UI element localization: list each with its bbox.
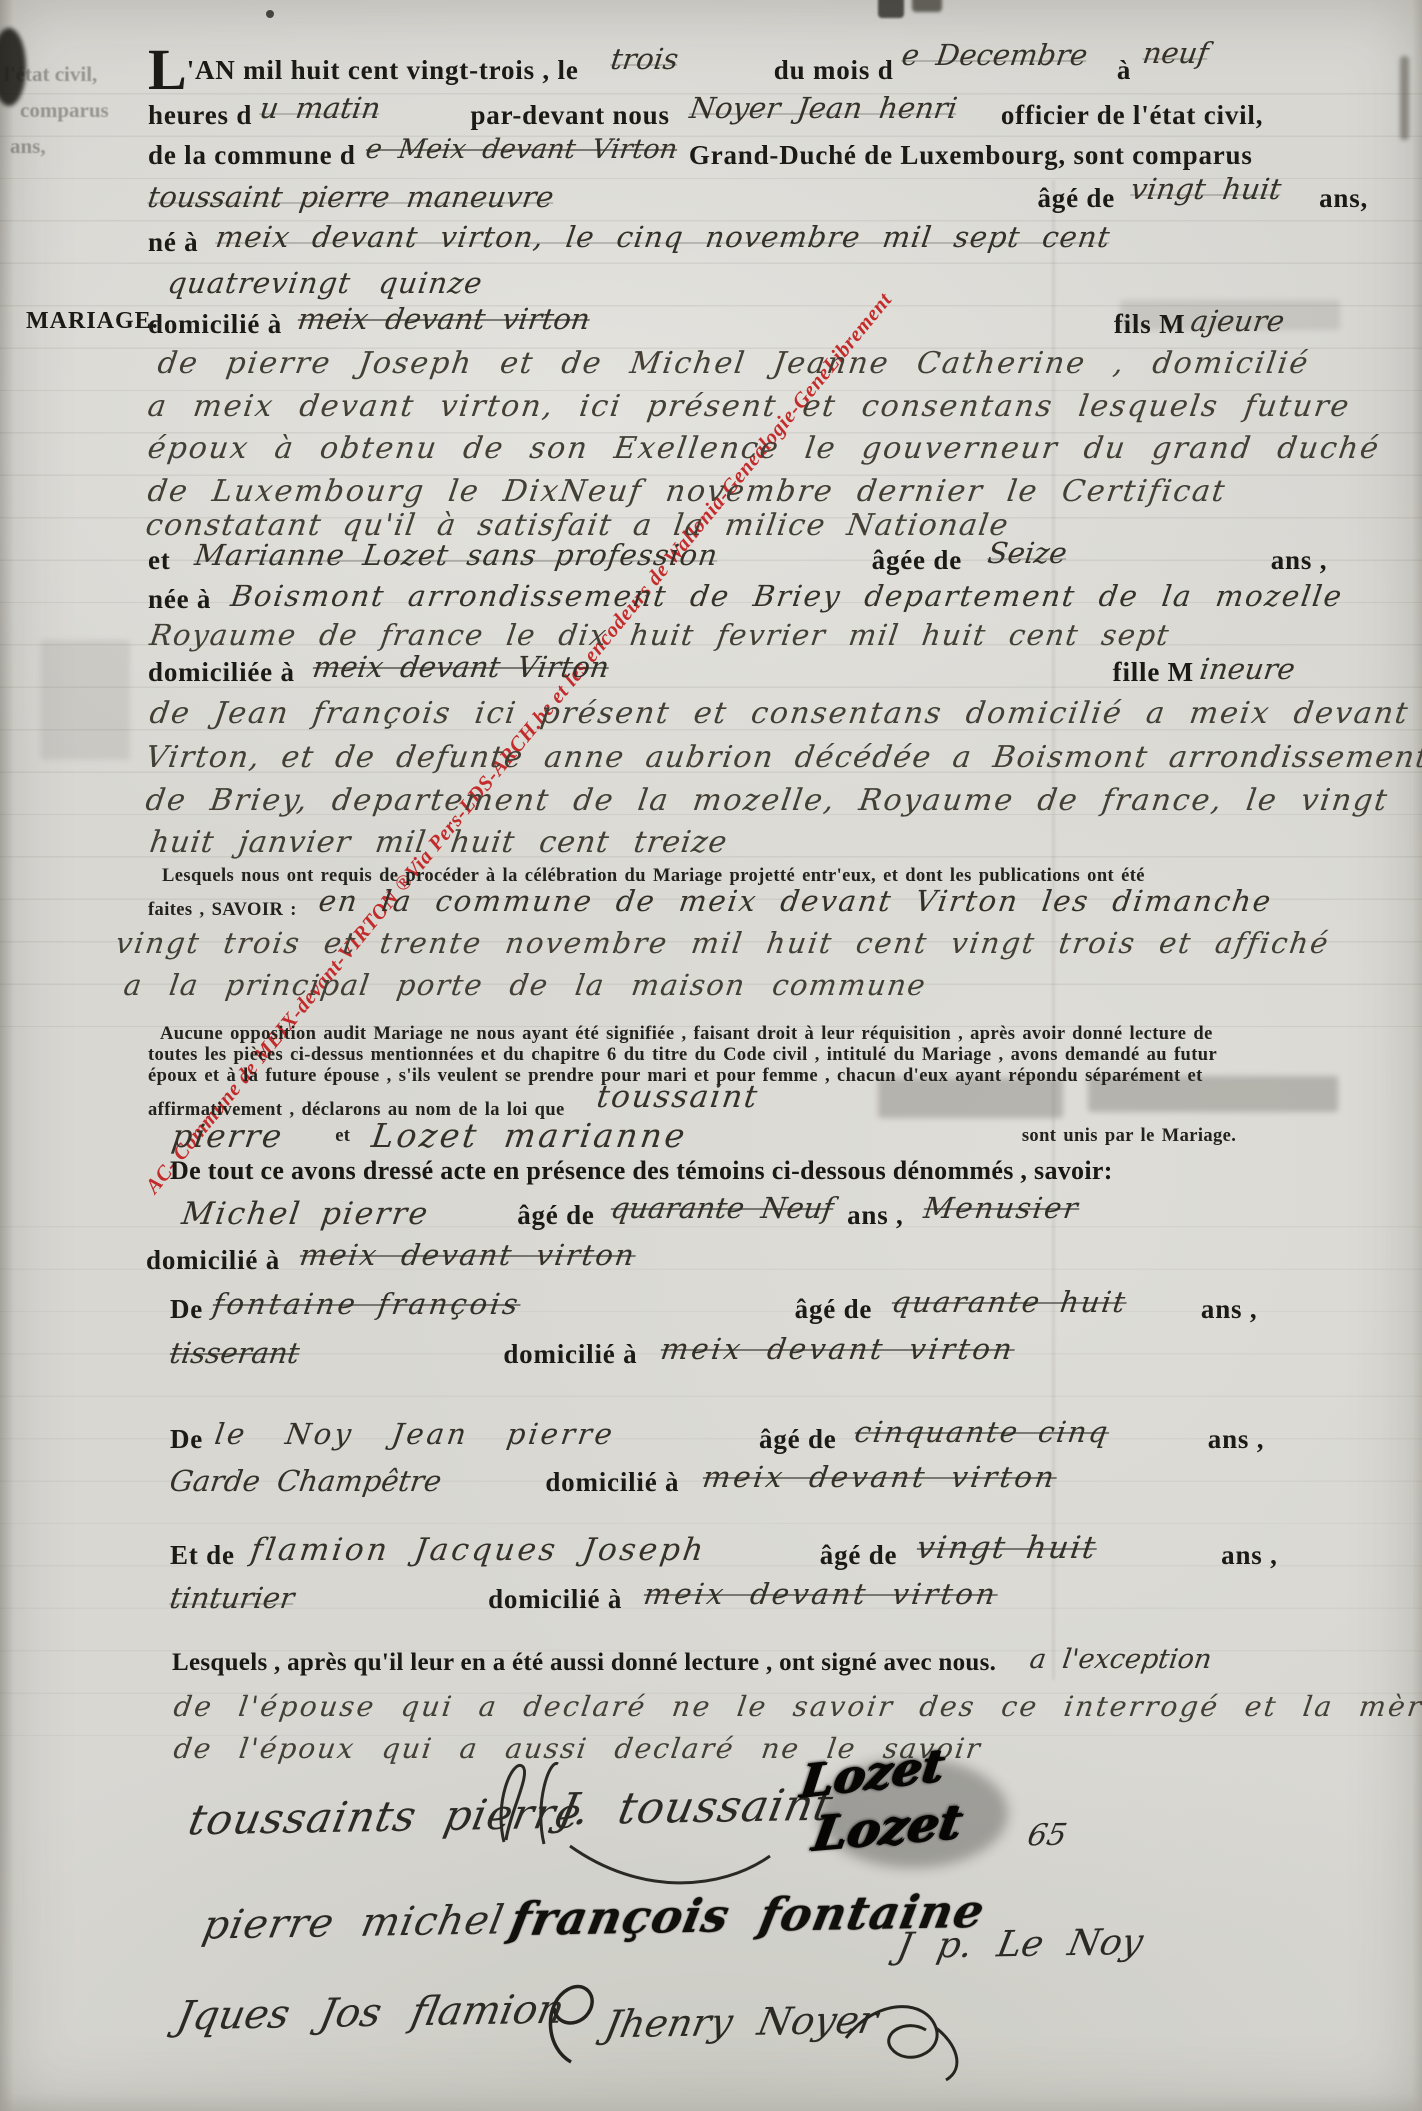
- act-line: domicilié à meix devant virton fils M aj…: [148, 306, 1285, 340]
- handwritten-text: meix devant virton: [659, 1332, 1018, 1366]
- edge-mark: [912, 0, 942, 12]
- handwritten-text: meix devant virton: [296, 302, 593, 336]
- edge-streak: [1400, 56, 1409, 140]
- printed-text: âgé de: [759, 1424, 837, 1454]
- handwritten-text: Seize: [986, 536, 1070, 570]
- handwritten-text: e Decembre: [899, 38, 1089, 72]
- printed-text: à: [1117, 55, 1131, 85]
- act-line: de l'épouse qui a declaré ne le savoir d…: [174, 1690, 1422, 1723]
- handwritten-text: ineure: [1198, 652, 1298, 686]
- handwritten-text: de Luxembourg le DixNeuf novembre dernie…: [146, 474, 1229, 509]
- handwritten-text: époux à obtenu de son Exellence le gouve…: [146, 431, 1383, 466]
- handwritten-text: Royaume de france le dix huit fevrier mi…: [148, 618, 1173, 652]
- handwritten-text: tisserant: [168, 1336, 302, 1370]
- printed-text: Grand-Duché de Luxembourg, sont comparus: [689, 140, 1253, 170]
- act-line: de Briey, departement de la mozelle, Roy…: [146, 783, 1389, 818]
- handwritten-text: flamion Jacques Joseph: [248, 1532, 708, 1568]
- flourish-icon: [560, 1836, 780, 1896]
- handwritten-text: pierre: [169, 1117, 286, 1155]
- printed-text: Aucune opposition audit Mariage ne nous …: [160, 1024, 1213, 1044]
- act-line: de Jean françois ici présent et consenta…: [150, 696, 1409, 731]
- printed-text: ans ,: [847, 1200, 904, 1230]
- handwritten-text: meix devant virton, le cinq novembre mil…: [214, 220, 1113, 254]
- act-line: Virton, et de defunte anne aubrion décéd…: [146, 740, 1422, 775]
- edge-mark: [878, 0, 904, 18]
- act-line: domiciliée à meix devant Virton fille M …: [148, 654, 1295, 688]
- handwritten-text: en la commune de meix devant Virton les …: [316, 884, 1274, 918]
- handwritten-text: quarante Neuf: [608, 1191, 835, 1225]
- handwritten-text: a la principal porte de la maison commun…: [122, 968, 929, 1002]
- act-line: toussaint pierre maneuvre âgé de vingt h…: [148, 180, 1368, 214]
- handwritten-text: ajeure: [1189, 304, 1287, 338]
- handwritten-text: cinquante cinq: [852, 1415, 1111, 1449]
- signature-pierre-michel: pierre michel: [199, 1897, 508, 1948]
- handwritten-text: Virton, et de defunte anne aubrion décéd…: [144, 740, 1422, 775]
- act-line: quatrevingt quinze: [168, 266, 483, 300]
- act-line: et Marianne Lozet sans profession âgée d…: [148, 542, 1327, 576]
- handwritten-text: meix devant virton: [701, 1460, 1060, 1494]
- witness-line: Michel pierre âgé de quarante Neuf ans ,…: [182, 1196, 1079, 1232]
- handwritten-text: toussaint pierre maneuvre: [146, 180, 556, 214]
- ink-speck: [266, 10, 274, 18]
- printed-text: âgée de: [872, 545, 962, 575]
- flourish-icon: [536, 1978, 606, 2068]
- handwritten-text: trois: [608, 42, 680, 76]
- printed-text: ans ,: [1208, 1424, 1265, 1454]
- document-page: l'état civil, comparus ans, AC- Commune …: [0, 0, 1422, 2111]
- act-line: né à meix devant virton, le cinq novembr…: [148, 224, 1111, 258]
- handwritten-text: meix devant virton: [642, 1577, 1001, 1611]
- printed-text: né à: [148, 227, 198, 257]
- act-line: pierre et Lozet marianne sont unis par l…: [172, 1116, 1236, 1155]
- printed-text: heures d: [148, 100, 252, 130]
- handwritten-text: a meix devant virton, ici présent et con…: [146, 389, 1353, 424]
- handwritten-text: meix devant Virton: [310, 650, 611, 684]
- printed-text: faites , SAVOIR :: [148, 900, 297, 920]
- handwritten-text: le Noy Jean pierre: [213, 1417, 618, 1451]
- printed-text: et: [335, 1126, 350, 1146]
- handwritten-text: tinturier: [168, 1581, 297, 1615]
- printed-text: domicilié à: [503, 1339, 637, 1369]
- printed-text: fils M: [1114, 309, 1186, 339]
- act-line: faites , SAVOIR : en la commune de meix …: [148, 888, 1272, 922]
- ghost-text: comparus: [20, 98, 136, 123]
- act-line: a meix devant virton, ici présent et con…: [148, 389, 1350, 424]
- handwritten-text: huit janvier mil huit cent treize: [148, 825, 730, 860]
- printed-text: domicilié à: [488, 1584, 622, 1614]
- printed-text: 'AN mil huit cent vingt-trois , le: [187, 55, 579, 85]
- handwritten-text: Menusier: [921, 1191, 1081, 1225]
- act-line: De tout ce avons dressé acte en présence…: [170, 1156, 1113, 1186]
- act-line: Royaume de france le dix huit fevrier mi…: [150, 618, 1170, 652]
- printed-text: domicilié à: [545, 1467, 679, 1497]
- handwritten-text: vingt huit: [915, 1530, 1100, 1566]
- handwritten-text: u matin: [258, 91, 383, 125]
- printed-text: Lesquels nous ont requis de procéder à l…: [162, 866, 1145, 886]
- printed-text: domicilié à: [148, 309, 282, 339]
- printed-text: toutes les pièces ci-dessus mentionnées …: [148, 1045, 1217, 1065]
- drop-cap: L: [148, 37, 187, 102]
- printed-text: De: [170, 1424, 203, 1454]
- act-line: toutes les pièces ci-dessus mentionnées …: [148, 1045, 1217, 1066]
- margin-label: MARIAGE.: [26, 308, 159, 334]
- printed-text: domiciliée à: [148, 657, 295, 687]
- printed-text: âgé de: [820, 1540, 898, 1570]
- handwritten-text: de Briey, departement de la mozelle, Roy…: [144, 783, 1391, 818]
- printed-text: et: [148, 545, 171, 575]
- printed-text: domicilié à: [146, 1245, 280, 1275]
- witness-line: Garde Champêtre domicilié à meix devant …: [170, 1464, 1057, 1498]
- handwritten-text: quatrevingt quinze: [166, 266, 485, 300]
- flourish-icon: [836, 1988, 976, 2088]
- printed-text: ans,: [1319, 183, 1368, 213]
- printed-text: Et de: [170, 1540, 235, 1570]
- handwritten-text: vingt trois et trente novembre mil huit …: [114, 926, 1332, 960]
- act-line: de Luxembourg le DixNeuf novembre dernie…: [148, 474, 1226, 509]
- signature-le-noy: J p. Le Noy: [894, 1922, 1147, 1967]
- printed-text: âgé de: [517, 1200, 595, 1230]
- act-line: née à Boismont arrondissement de Briey d…: [148, 581, 1343, 615]
- printed-text: fille M: [1113, 657, 1194, 687]
- witness-line: De fontaine françois âgé de quarante hui…: [170, 1291, 1257, 1325]
- handwritten-text: Boismont arrondissement de Briey departe…: [229, 579, 1346, 613]
- handwritten-text: de pierre Joseph et de Michel Jeanne Cat…: [156, 346, 1312, 381]
- act-line: Lesquels , après qu'il leur en a été aus…: [172, 1646, 1212, 1677]
- printed-text: par-devant nous: [470, 100, 669, 130]
- printed-text: âgé de: [1038, 183, 1116, 213]
- ghost-text: ans,: [10, 134, 90, 159]
- handwritten-text: Michel pierre: [179, 1196, 431, 1232]
- handwritten-text: de Jean françois ici présent et consenta…: [148, 696, 1412, 731]
- ink-blot-signature: Lozet Lozet: [798, 1748, 1033, 1888]
- handwritten-text: a l'exception: [1028, 1644, 1214, 1675]
- handwritten-text: de l'épouse qui a declaré ne le savoir d…: [172, 1690, 1422, 1723]
- act-line: heures d u matin par-devant nous Noyer J…: [148, 97, 1263, 131]
- signature-number: 65: [1025, 1818, 1070, 1854]
- ghost-text: l'état civil,: [4, 62, 136, 87]
- act-line: de la commune d e Meix devant Virton Gra…: [148, 140, 1253, 171]
- printed-text: ans ,: [1201, 1294, 1258, 1324]
- handwritten-text: e Meix devant Virton: [364, 134, 679, 165]
- handwritten-text: vingt huit: [1129, 172, 1284, 206]
- act-line: L'AN mil huit cent vingt-trois , le troi…: [148, 50, 1208, 90]
- act-line: vingt trois et trente novembre mil huit …: [116, 926, 1330, 960]
- handwritten-text: Noyer Jean henri: [687, 91, 959, 125]
- printed-text: ans ,: [1221, 1540, 1278, 1570]
- act-line: a la principal porte de la maison commun…: [124, 968, 926, 1002]
- witness-line: tisserant domicilié à meix devant virton: [170, 1336, 1015, 1370]
- handwritten-text: Marianne Lozet sans profession: [192, 538, 720, 572]
- handwritten-text: meix devant virton: [298, 1238, 639, 1272]
- printed-text: ans ,: [1271, 545, 1328, 575]
- signature-flamion: Jques Jos flamion: [173, 1987, 568, 2040]
- printed-text: née à: [148, 584, 211, 614]
- handwritten-text: Garde Champêtre: [168, 1464, 444, 1498]
- printed-text: De: [170, 1294, 203, 1324]
- witness-line: De le Noy Jean pierre âgé de cinquante c…: [170, 1421, 1264, 1455]
- act-line: Aucune opposition audit Mariage ne nous …: [160, 1024, 1213, 1045]
- handwritten-text: Lozet marianne: [370, 1116, 691, 1155]
- witness-line: tinturier domicilié à meix devant virton: [170, 1581, 998, 1615]
- printed-text: De tout ce avons dressé acte en présence…: [170, 1156, 1113, 1185]
- witness-line: domicilié à meix devant virton: [146, 1242, 636, 1276]
- printed-text: de la commune d: [148, 140, 356, 170]
- act-line: de pierre Joseph et de Michel Jeanne Cat…: [158, 346, 1309, 381]
- handwritten-text: toussaint: [594, 1079, 761, 1115]
- handwritten-text: neuf: [1141, 36, 1211, 70]
- act-line: huit janvier mil huit cent treize: [150, 825, 727, 860]
- flourish-icon: [492, 1752, 562, 1848]
- act-line: époux à obtenu de son Exellence le gouve…: [148, 431, 1380, 466]
- printed-text: sont unis par le Mariage.: [1022, 1126, 1236, 1146]
- signature-j-toussaint: J. toussaint: [555, 1780, 838, 1836]
- printed-text: Lesquels , après qu'il leur en a été aus…: [172, 1649, 996, 1676]
- handwritten-text: quarante huit: [890, 1285, 1129, 1319]
- witness-line: Et de flamion Jacques Joseph âgé de ving…: [170, 1536, 1278, 1572]
- printed-text: du mois d: [774, 55, 894, 85]
- printed-text: officier de l'état civil,: [1001, 100, 1263, 130]
- handwritten-text: fontaine françois: [211, 1287, 523, 1321]
- bleedthrough-block: [40, 640, 130, 760]
- printed-text: âgé de: [795, 1294, 873, 1324]
